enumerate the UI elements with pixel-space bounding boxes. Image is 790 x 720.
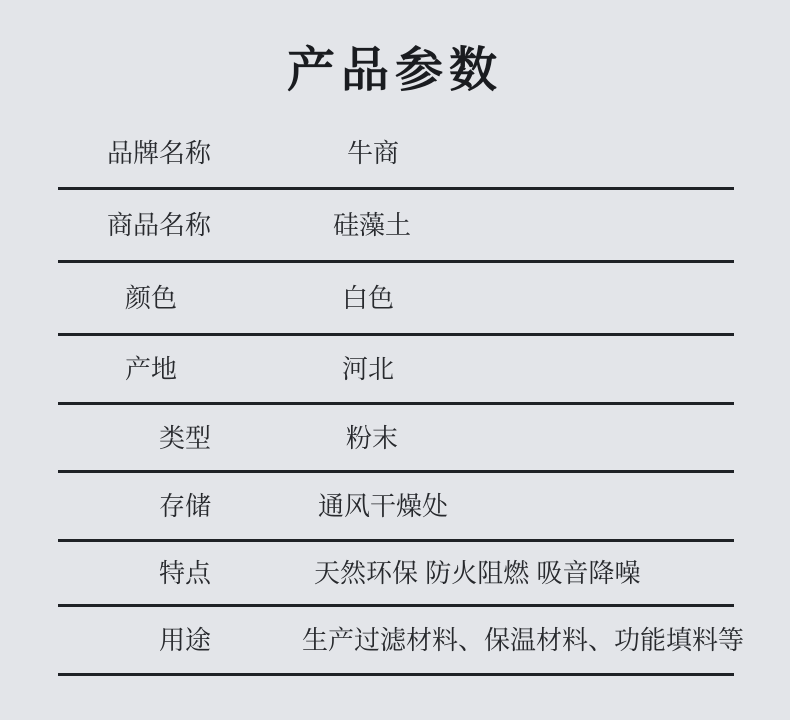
table-row-product-name: 商品名称 硅藻土 <box>58 190 734 263</box>
table-row-brand-name: 品牌名称 牛商 <box>58 119 734 190</box>
row-value: 河北 <box>342 354 394 384</box>
row-value: 通风干燥处 <box>318 491 448 521</box>
row-label: 产地 <box>125 354 177 384</box>
row-label: 存储 <box>159 491 211 521</box>
table-row-origin: 产地 河北 <box>58 336 734 405</box>
row-label: 类型 <box>159 423 211 453</box>
row-label: 商品名称 <box>107 210 211 240</box>
row-value: 牛商 <box>347 138 399 168</box>
row-value: 天然环保 防火阻燃 吸音降噪 <box>314 558 640 588</box>
row-value: 硅藻土 <box>333 210 411 240</box>
row-value: 粉末 <box>346 423 398 453</box>
table-row-storage: 存储 通风干燥处 <box>58 473 734 542</box>
table-row-color: 颜色 白色 <box>58 263 734 336</box>
product-spec-table: 品牌名称 牛商 商品名称 硅藻土 颜色 白色 产地 河北 类型 粉末 存储 通风… <box>58 119 734 676</box>
page-title: 产品参数 <box>0 47 790 95</box>
row-label: 颜色 <box>125 283 177 313</box>
table-row-features: 特点 天然环保 防火阻燃 吸音降噪 <box>58 542 734 607</box>
row-label: 品牌名称 <box>107 138 211 168</box>
row-value: 生产过滤材料、保温材料、功能填料等 <box>302 625 744 655</box>
table-row-usage: 用途 生产过滤材料、保温材料、功能填料等 <box>58 607 734 676</box>
row-label: 用途 <box>159 625 211 655</box>
table-row-type: 类型 粉末 <box>58 405 734 473</box>
row-label: 特点 <box>159 558 211 588</box>
row-value: 白色 <box>342 283 394 313</box>
